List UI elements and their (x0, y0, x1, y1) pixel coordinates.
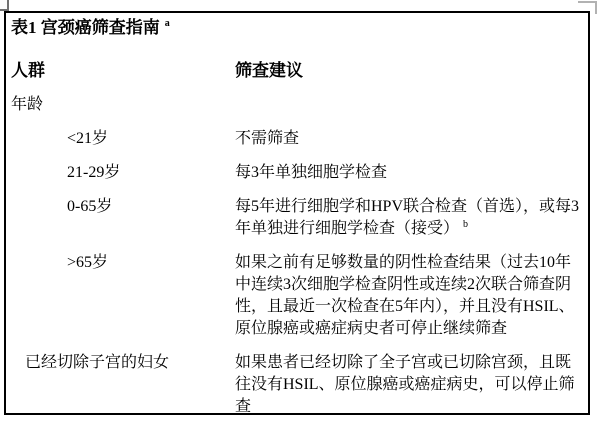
population-cell: 21-29岁 (11, 162, 235, 184)
recommendation-text: 每3年单独细胞学检查 (235, 164, 387, 181)
recommendation-cell: 如果之前有足够数量的阴性检查结果（过去10年中连续3次细胞学检查阴性或连续2次联… (235, 252, 583, 340)
recommendation-cell: 不需筛查 (235, 128, 583, 150)
recommendation-text: 每5年进行细胞学和HPV联合检查（首选），或每3年单独进行细胞学检查（接受） (235, 198, 579, 237)
population-cell: 0-65岁 (11, 196, 235, 240)
table-title-text: 表1 宫颈癌筛查指南 (11, 18, 160, 37)
population-cell: <21岁 (11, 128, 235, 150)
table-row: 21-29岁 每3年单独细胞学检查 (11, 162, 583, 184)
recommendation-text: 不需筛查 (235, 130, 299, 147)
guideline-table: 表1 宫颈癌筛查指南a 人群 筛查建议 年龄 <21岁 不需筛查 21-29岁 … (4, 11, 590, 415)
table-move-handle-icon[interactable] (0, 0, 9, 11)
recommendation-cell: 每3年单独细胞学检查 (235, 162, 583, 184)
recommendation-cell: 如果患者已经切除了全子宫或已切除宫颈，且既往没有HSIL、原位腺癌或癌症病史，可… (235, 352, 583, 415)
title-footnote-marker: a (165, 18, 170, 29)
column-header-recommendation: 筛查建议 (235, 60, 583, 82)
table-row: 已经切除子宫的妇女 如果患者已经切除了全子宫或已切除宫颈，且既往没有HSIL、原… (11, 352, 583, 415)
column-header-population: 人群 (11, 60, 235, 82)
recommendation-cell: 每5年进行细胞学和HPV联合检查（首选），或每3年单独进行细胞学检查（接受）b (235, 196, 583, 240)
recommendation-text: 如果之前有足够数量的阴性检查结果（过去10年中连续3次细胞学检查阴性或连续2次联… (235, 254, 575, 337)
footnote-marker: b (463, 219, 468, 230)
table-header-row: 人群 筛查建议 (11, 60, 583, 82)
section-label-age: 年龄 (11, 94, 583, 116)
table-title: 表1 宫颈癌筛查指南a (11, 17, 583, 39)
recommendation-text: 如果患者已经切除了全子宫或已切除宫颈，且既往没有HSIL、原位腺癌或癌症病史，可… (235, 354, 575, 415)
population-cell: >65岁 (11, 252, 235, 340)
table-row: <21岁 不需筛查 (11, 128, 583, 150)
population-cell: 已经切除子宫的妇女 (11, 352, 235, 415)
document-page: 表1 宫颈癌筛查指南a 人群 筛查建议 年龄 <21岁 不需筛查 21-29岁 … (0, 0, 598, 422)
table-row: 0-65岁 每5年进行细胞学和HPV联合检查（首选），或每3年单独进行细胞学检查… (11, 196, 583, 240)
table-row: >65岁 如果之前有足够数量的阴性检查结果（过去10年中连续3次细胞学检查阴性或… (11, 252, 583, 340)
